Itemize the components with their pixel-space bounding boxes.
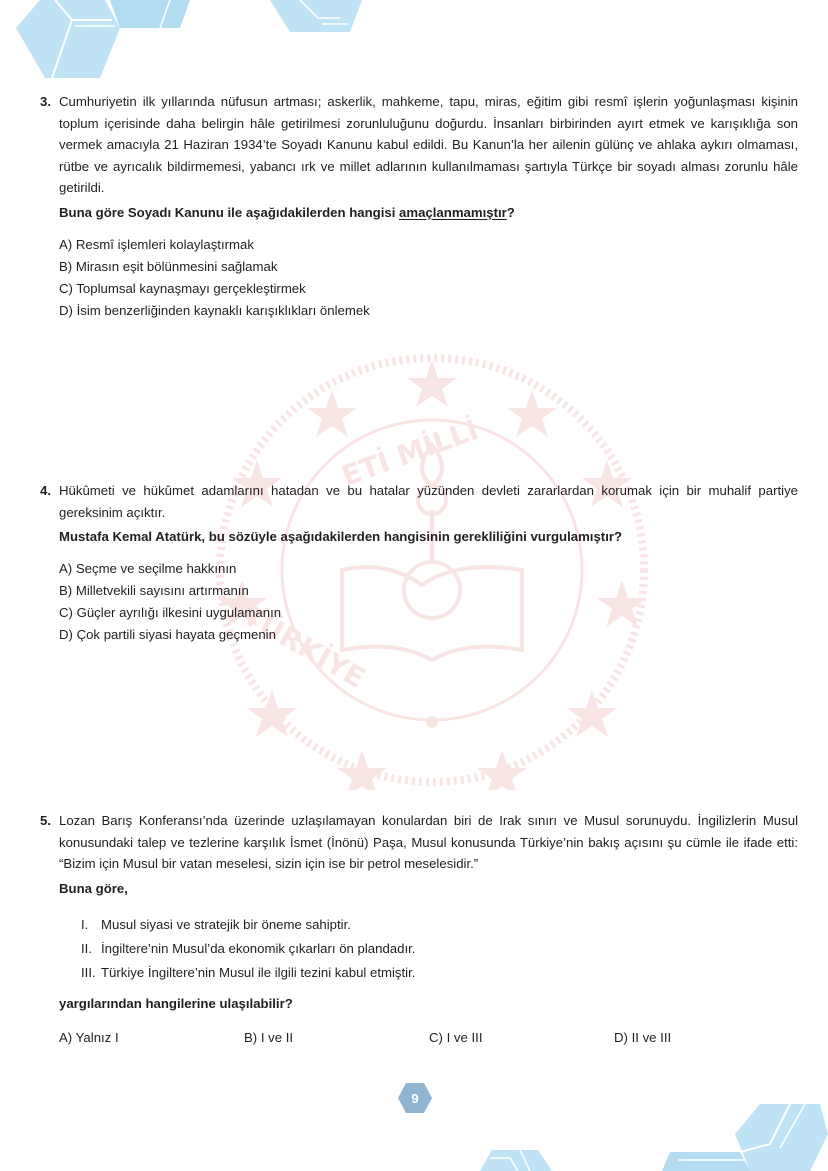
option-c[interactable]: C) Güçler ayrılığı ilkesini uygulamanın xyxy=(59,602,798,624)
question-number: 5. xyxy=(40,810,51,832)
hexagon-decoration-bottom-right xyxy=(650,1104,828,1171)
statement-item: I.Musul siyasi ve stratejik bir öneme sa… xyxy=(59,913,798,937)
statement-item: II.İngiltere’nin Musul’da ekonomik çıkar… xyxy=(59,937,798,961)
option-c[interactable]: C) I ve III xyxy=(429,1027,483,1049)
option-b[interactable]: B) Mirasın eşit bölünmesini sağlamak xyxy=(59,256,798,278)
answer-options: A) Resmî işlemleri kolaylaştırmak B) Mir… xyxy=(59,234,798,322)
emphasized-word: amaçlanmamıştır xyxy=(399,205,507,220)
hexagon-decoration-top-left xyxy=(0,0,200,80)
option-c[interactable]: C) Toplumsal kaynaşmayı gerçekleştirmek xyxy=(59,278,798,300)
question-prompt: Buna göre, xyxy=(59,878,798,900)
answer-options: A) Yalnız I B) I ve II C) I ve III D) II… xyxy=(59,1027,798,1049)
option-b[interactable]: B) Milletvekili sayısını artırmanın xyxy=(59,580,798,602)
question-4: 4. Hükûmeti ve hükûmet adamlarını hatada… xyxy=(40,480,798,646)
option-d[interactable]: D) II ve III xyxy=(614,1027,671,1049)
option-a[interactable]: A) Seçme ve seçilme hakkının xyxy=(59,558,798,580)
question-prompt-followup: yargılarından hangilerine ulaşılabilir? xyxy=(59,993,798,1015)
question-3: 3. Cumhuriyetin ilk yıllarında nüfusun a… xyxy=(40,91,798,322)
statement-item: III.Türkiye İngiltere’nin Musul ile ilgi… xyxy=(59,961,798,985)
question-stem: Cumhuriyetin ilk yıllarında nüfusun artm… xyxy=(59,91,798,199)
question-5: 5. Lozan Barış Konferansı’nda üzerinde u… xyxy=(40,810,798,1049)
hexagon-decoration-bottom-center xyxy=(480,1150,560,1171)
question-prompt: Buna göre Soyadı Kanunu ile aşağıdakiler… xyxy=(59,202,798,224)
page-number: 9 xyxy=(411,1091,418,1106)
question-number: 3. xyxy=(40,91,51,113)
hexagon-decoration-top-center xyxy=(270,0,370,34)
option-a[interactable]: A) Yalnız I xyxy=(59,1027,119,1049)
statement-list: I.Musul siyasi ve stratejik bir öneme sa… xyxy=(59,913,798,985)
answer-options: A) Seçme ve seçilme hakkının B) Milletve… xyxy=(59,558,798,646)
option-d[interactable]: D) Çok partili siyasi hayata geçmenin xyxy=(59,624,798,646)
option-b[interactable]: B) I ve II xyxy=(244,1027,293,1049)
option-d[interactable]: D) İsim benzerliğinden kaynaklı karışıkl… xyxy=(59,300,798,322)
question-prompt: Mustafa Kemal Atatürk, bu sözüyle aşağıd… xyxy=(59,526,798,548)
question-stem: Hükûmeti ve hükûmet adamlarını hatadan v… xyxy=(59,480,798,523)
question-number: 4. xyxy=(40,480,51,502)
option-a[interactable]: A) Resmî işlemleri kolaylaştırmak xyxy=(59,234,798,256)
question-stem: Lozan Barış Konferansı’nda üzerinde uzla… xyxy=(59,810,798,875)
page-number-badge: 9 xyxy=(398,1083,432,1113)
